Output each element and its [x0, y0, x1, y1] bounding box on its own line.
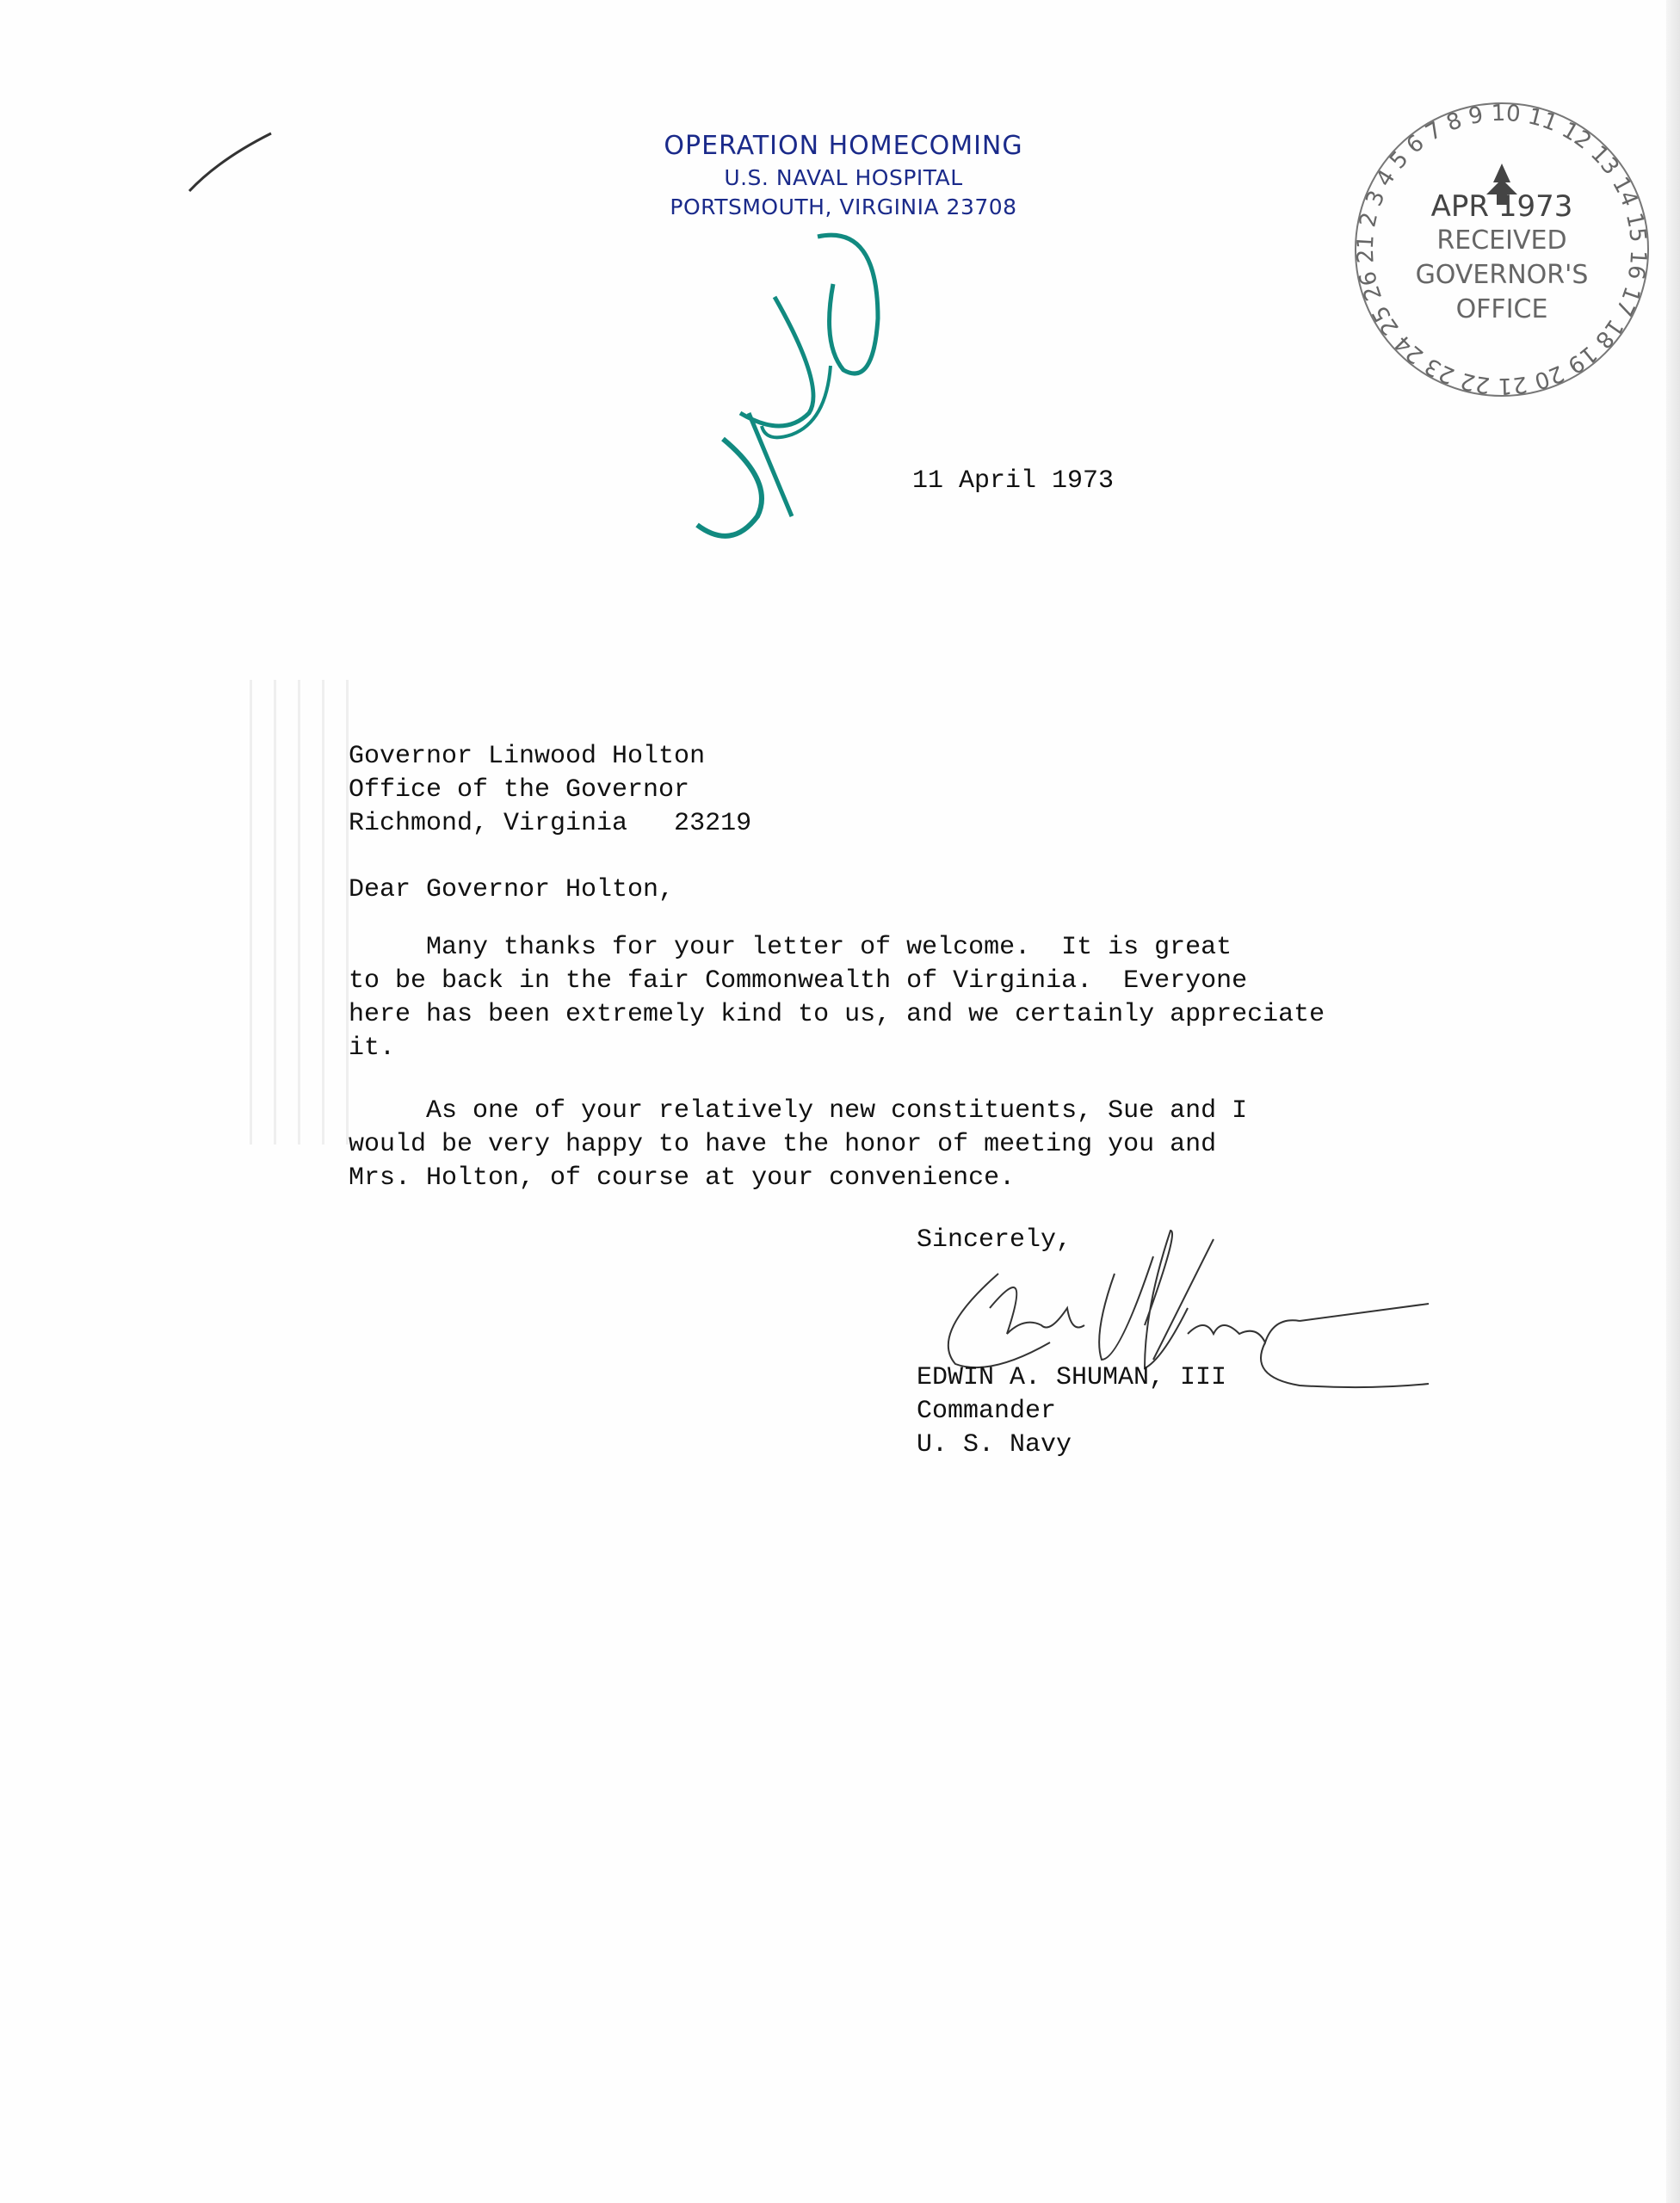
letterhead-address: PORTSMOUTH, VIRGINIA 23708 — [602, 193, 1084, 222]
signer-title: Commander — [917, 1395, 1226, 1429]
stamp-office: OFFICE — [1343, 293, 1661, 327]
letter-page: OPERATION HOMECOMING U.S. NAVAL HOSPITAL… — [0, 0, 1680, 2203]
recipient-name: Governor Linwood Holton — [349, 740, 751, 774]
body-paragraph-1: Many thanks for your letter of welcome. … — [349, 931, 1325, 1065]
signature-block: EDWIN A. SHUMAN, IIICommanderU. S. Navy — [917, 1361, 1226, 1462]
received-stamp: APR 1973 RECEIVED GOVERNOR'S OFFICE — [1343, 189, 1661, 327]
recipient-city: Richmond, Virginia 23219 — [349, 807, 751, 841]
bleed-through-text — [250, 680, 353, 1145]
page-edge — [1666, 0, 1680, 2203]
stamp-received: RECEIVED — [1343, 224, 1661, 258]
handwritten-initials — [680, 232, 904, 559]
signer-name: EDWIN A. SHUMAN, III — [917, 1361, 1226, 1395]
letter-date: 11 April 1973 — [912, 465, 1114, 498]
recipient-address: Governor Linwood HoltonOffice of the Gov… — [349, 740, 751, 841]
body-paragraph-2: As one of your relatively new constituen… — [349, 1095, 1247, 1195]
signer-org: U. S. Navy — [917, 1429, 1226, 1462]
letterhead-title: OPERATION HOMECOMING — [602, 129, 1084, 164]
letterhead: OPERATION HOMECOMING U.S. NAVAL HOSPITAL… — [602, 129, 1084, 222]
salutation: Dear Governor Holton, — [349, 873, 674, 907]
pen-mark — [185, 129, 280, 198]
recipient-office: Office of the Governor — [349, 774, 751, 807]
stamp-governors: GOVERNOR'S — [1343, 258, 1661, 293]
letterhead-hospital: U.S. NAVAL HOSPITAL — [602, 164, 1084, 193]
stamp-date: APR 1973 — [1343, 189, 1661, 224]
